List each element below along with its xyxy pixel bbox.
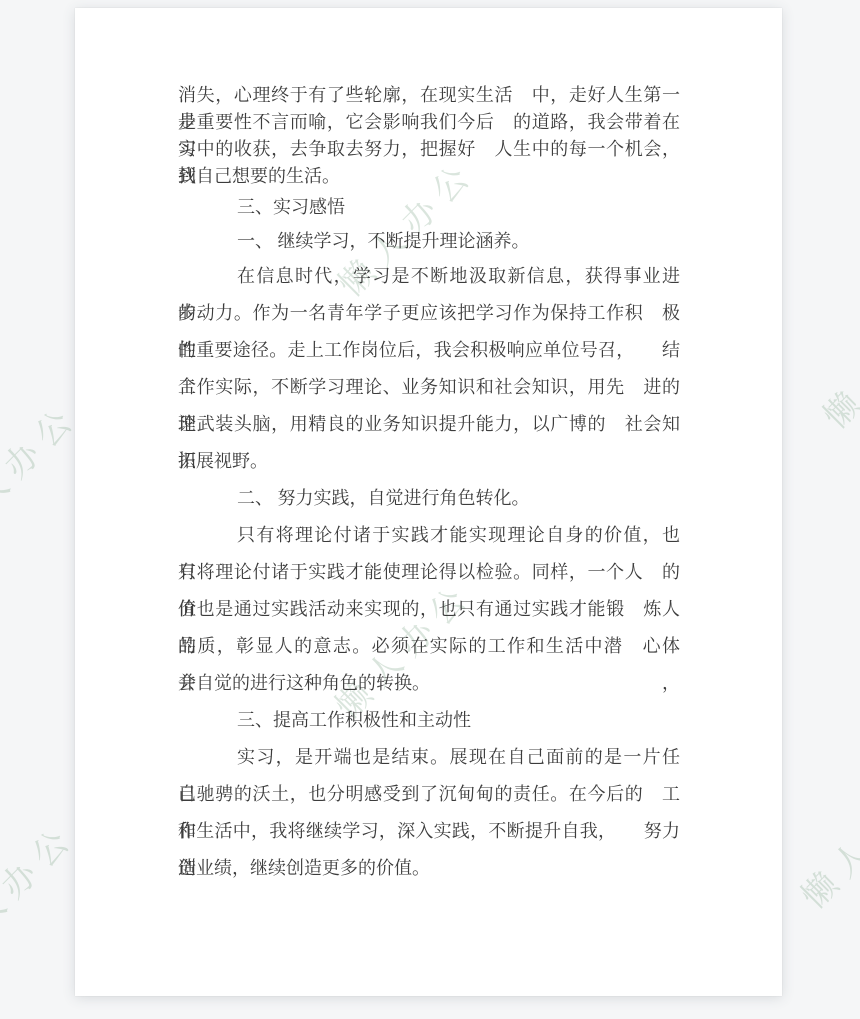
watermark-text: 懒人办公 bbox=[0, 810, 85, 969]
watermark-text: 懒人办公 bbox=[788, 758, 860, 917]
text-line: 值也是通过实践活动来实现的，也只有通过实践才能锻 炼人的 bbox=[178, 591, 680, 628]
paragraph-block: 一、 继续学习，不断提升理论涵养。 bbox=[178, 224, 680, 258]
text-line: 实习，是开端也是结束。展现在自己面前的是一片任 自 bbox=[178, 739, 680, 776]
paragraph-block: 三、提高工作积极性和主动性 bbox=[178, 702, 680, 739]
document-content: 消失，心理终于有了些轮廓，在现实生活 中，走好人生第一步是重要性不言而喻，它会影… bbox=[178, 82, 680, 887]
text-line: 是重要性不言而喻，它会影响我们今后 的道路，我会带着在实 bbox=[178, 109, 680, 136]
watermark-text: 懒人办公 bbox=[810, 278, 860, 437]
text-line: 的重要途径。走上工作岗位后，我会积极响应单位号召， 结合 bbox=[178, 332, 680, 369]
text-line: 在信息时代，学习是不断地汲取新信息，获得事业进 步 bbox=[178, 258, 680, 295]
paragraph-block: 在信息时代，学习是不断地汲取新信息，获得事业进 步的动力。作为一名青年学子更应该… bbox=[178, 258, 680, 480]
text-line: 只有将理论付诸于实践才能实现理论自身的价值，也 只 bbox=[178, 517, 680, 554]
text-line: 工作实际，不断学习理论、业务知识和社会知识，用先 进的理 bbox=[178, 369, 680, 406]
text-line: 一、 继续学习，不断提升理论涵养。 bbox=[178, 224, 680, 258]
text-line: 三、提高工作积极性和主动性 bbox=[178, 702, 680, 739]
document-canvas: { "canvas": { "background": "#f5f6f7" },… bbox=[0, 0, 860, 1019]
text-line: 造业绩，继续创造更多的价值。 bbox=[178, 850, 680, 887]
text-line: 拓展视野。 bbox=[178, 443, 680, 480]
text-line: 和生活中，我将继续学习，深入实践，不断提升自我， 努力创 bbox=[178, 813, 680, 850]
text-line: 三、实习感悟 bbox=[178, 190, 680, 224]
paragraph-block: 消失，心理终于有了些轮廓，在现实生活 中，走好人生第一步是重要性不言而喻，它会影… bbox=[178, 82, 680, 190]
text-line: 的动力。作为一名青年学子更应该把学习作为保持工作积 极性 bbox=[178, 295, 680, 332]
text-line: 习中的收获，去争取去努力，把握好 人生中的每一个机会，找 bbox=[178, 136, 680, 163]
text-line: 品质，彰显人的意志。必须在实际的工作和生活中潜 心体会， bbox=[178, 628, 680, 665]
paragraph-block: 实习，是开端也是结束。展现在自己面前的是一片任 自己驰骋的沃土，也分明感受到了沉… bbox=[178, 739, 680, 887]
text-line: 到自己想要的生活。 bbox=[178, 163, 680, 190]
text-line: 消失，心理终于有了些轮廓，在现实生活 中，走好人生第一步 bbox=[178, 82, 680, 109]
text-line: 论武装头脑，用精良的业务知识提升能力，以广博的 社会知识 bbox=[178, 406, 680, 443]
paragraph-block: 三、实习感悟 bbox=[178, 190, 680, 224]
text-line: 二、 努力实践，自觉进行角色转化。 bbox=[178, 480, 680, 517]
text-line: 有将理论付诸于实践才能使理论得以检验。同样，一个人 的价 bbox=[178, 554, 680, 591]
paragraph-block: 只有将理论付诸于实践才能实现理论自身的价值，也 只有将理论付诸于实践才能使理论得… bbox=[178, 517, 680, 702]
text-line: 己驰骋的沃土，也分明感受到了沉甸甸的责任。在今后的 工作 bbox=[178, 776, 680, 813]
paragraph-block: 二、 努力实践，自觉进行角色转化。 bbox=[178, 480, 680, 517]
